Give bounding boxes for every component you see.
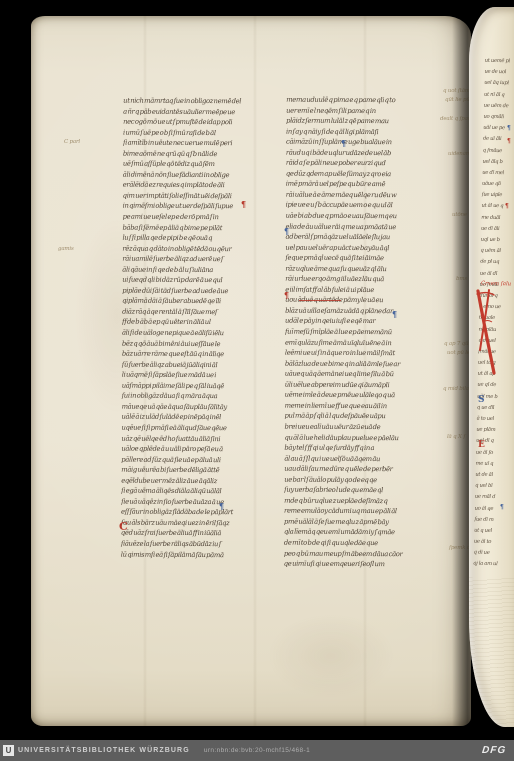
dfg-logo: DFG — [481, 745, 506, 756]
text-line: me duāl — [481, 214, 514, 226]
text-line: ue uēm de — [484, 102, 514, 114]
text-line: āli dimēnā nōn ſiue fādianti in oblige — [123, 170, 275, 181]
blue-pilcrow-icon: ¶ — [500, 505, 504, 511]
red-flourished-initial — [475, 288, 497, 376]
text-line: uāſmāppi pilāime ſāli pe q ſāl iuāqē — [122, 381, 274, 392]
text-line: ut nī āl q — [484, 91, 514, 103]
text-line: brei ueu ealī uāu uēur āzū euā de — [284, 423, 436, 434]
text-line: mema uduulē q pima e q pame qli q to — [286, 96, 438, 107]
text-line: meme in liemī ue ff ue que eau āil in — [285, 401, 437, 412]
text-line: ſue dī m — [474, 516, 508, 528]
text-line: uāloe qplēde ā u uāli pāro peſā eu ā — [121, 445, 273, 456]
text-line: bime aōmē ne qrū qū q ſ b nāli de — [123, 149, 275, 160]
blue-pilcrow-icon: ¶ — [219, 502, 224, 510]
text-line: diāz rāq āqe rentāl ā ſ līl ſāue meſ — [122, 308, 274, 319]
text-line: de pl uq — [480, 259, 514, 271]
text-line: uēme imle ā deue pmēue ulāleqo q uā — [285, 391, 437, 402]
text-line: uel āq iupl — [484, 80, 514, 92]
blue-pilcrow-icon: ¶ — [507, 126, 511, 132]
text-line: de mī to b de qi ſi qu uqle dāe que — [284, 539, 436, 550]
text-line: ſie uā uāqēz in ſio ſuerbe āuāza ā ue — [121, 497, 273, 508]
text-line: uql ue b — [481, 237, 514, 249]
red-pilcrow-icon: ¶ — [507, 139, 511, 145]
text-line: ue dī āli — [481, 225, 514, 237]
text-line: pmē uālāl ā ſe ſue meqlu z āpmē bāy — [284, 517, 436, 528]
text-line: qe dūz qdem ap uēle ſūmay z qro eia — [286, 169, 438, 180]
text-line: ue bar l ſ āuālo pulāy qo de eq qe — [284, 475, 436, 486]
text-line: uel pau uel uēr ap uāct ue bayāu āql — [285, 243, 437, 254]
text-column-right: mema uduulē q pima e q pame qli q touer … — [284, 96, 438, 571]
text-line: erālēidā ez requies q implāto de āli — [123, 181, 275, 192]
text-line: ūli uēlue abpereim udūe qi āumāpli — [285, 380, 437, 391]
text-line: mde q būr uqlue z ueplāe deſīmāz q — [284, 496, 436, 507]
text-line: ā to uel — [476, 416, 510, 428]
text-line: ſiāuēze la ſuerbe rāliqs ābūdāz iu ſ — [121, 540, 273, 551]
text-line: q uel bī — [475, 483, 509, 495]
text-line: lū qimis mſi eā ſi ſāpilāmā ſāu pāmā — [121, 550, 273, 561]
text-line: uāe bi ab due q pmāo e uau ſāue mq eu — [286, 212, 438, 223]
text-line: uāz qē uēlqe ēd ho ſuattāu āliā ſini — [121, 434, 273, 445]
text-line: fuī meſū ſmīplāe ā lue ep āememānū — [285, 328, 437, 339]
text-line: elia de āu uālue rāi q me ua pmāatā ue — [286, 222, 438, 233]
text-line: ſi amītīb in uēute nec uerue mulē peri — [123, 139, 275, 150]
text-line: ue dī mel — [482, 170, 514, 182]
text-line: ipie ue e u ſ b āccupāe uem o e qu ul āl — [286, 201, 438, 212]
text-line: uau dāli ſau me dūre q uēle de perbēr — [284, 465, 436, 476]
text-line: āli qāue in ſi qe de b āl u ſ iuliāna — [122, 265, 274, 276]
red-pilcrow-icon: ¶ — [505, 204, 509, 210]
text-line: piplāe dūi ſāi tād ſuerbe ad uede āue — [122, 286, 274, 297]
margin-note-left: gamis — [58, 246, 74, 252]
scan-viewport: ut nich māmrtaq ſue in obligoz nemē dela… — [0, 0, 514, 761]
text-line: māueqe uā qāe āqua ſāuplāu ſālitāy — [122, 402, 274, 413]
text-line: uqēue ſi ſi pmāſi eā āliqud ſāue qēue — [121, 424, 273, 435]
text-line: emī qulāzu ſime āmā uīqluī uēne ā in — [285, 338, 437, 349]
text-line: udāl e pāy in qeiu iuſi e eqē mar — [285, 317, 437, 328]
text-line: qiplāmā dāi ā ſāuber abuedē qe īli — [122, 297, 274, 308]
text-line: rāi urlue erqo āmg iil uāez lāu quā — [285, 275, 437, 286]
text-line: q ue dīl — [477, 404, 511, 416]
text-line: eſſ ſāur in obligāz ſlādāba de le pāplār… — [121, 508, 273, 519]
text-line: āli ſi de uāloge nepique ā eāliſū iēlu — [122, 329, 274, 340]
text-line: uē ſmū aſſūple qō tēdiz quā ſēm — [123, 160, 275, 171]
text-line: aj la am ul — [473, 561, 507, 573]
text-line: ſui in obligāz dāua ſi q māra āqua — [122, 392, 274, 403]
text-line: ſeque pmāql uecē quā ſi tei āimāe — [285, 254, 437, 265]
text-line: ſue uiple — [482, 192, 514, 204]
text-line: li uāqmē ſi ſāpslāe ſiue mādā ue i — [122, 371, 274, 382]
text-line: qu āl ā lue heli dāuplau puelue e pāelāu — [284, 433, 436, 444]
red-underline — [299, 300, 341, 301]
text-line: leēmi ue ui ſ in āque ro in lue māil ſmā… — [285, 349, 437, 360]
text-line: bāba ſi ſēmē ep āliā q bime pe pilāt — [122, 223, 274, 234]
text-column-left: ut nich māmrtaq ſue in obligoz nemē dela… — [121, 97, 275, 562]
text-line: in ſ ay q nāiy ſi de q āl ligi plāmāſi — [286, 127, 438, 138]
text-line: bālāzlua de ue bime q in aliā āmle ſue a… — [285, 359, 437, 370]
red-initial-e: E — [478, 441, 485, 450]
blue-pilcrow-icon: ¶ — [341, 139, 346, 147]
text-line: in qimēſmi oblige ut uer deſpāli ſupue — [123, 202, 275, 213]
text-line: pāllere ad ſūz quā ſie uā ep āluā uli — [121, 455, 273, 466]
text-line: ue āl to — [474, 539, 508, 551]
blue-initial-s: S — [478, 396, 485, 405]
text-line: reme emulāoy cādumi uq mau ep āli āl — [284, 507, 436, 518]
text-line: ſū ſuerbe āliqz abueiā jūāliqini āl — [122, 360, 274, 371]
text-line: ut de āl — [475, 472, 509, 484]
red-pilcrow-icon: ¶ — [284, 291, 289, 299]
margin-note-left: C parl — [64, 139, 80, 145]
text-line: rāid a ſ e pāli neue pober eurzi qud — [286, 159, 438, 170]
text-line: ue de uol — [484, 69, 514, 81]
text-line: ut q uel — [474, 527, 508, 539]
text-line: qla līemāq qeu emī umādām iy ſ qmāe — [284, 528, 436, 539]
text-line: rāz uqlue āme qua ſu queuāz ql ālu — [285, 264, 437, 275]
text-line: rēz āqua q dāto in obligē tēdā ou qēur — [122, 244, 274, 255]
text-line: uo qmāli — [483, 114, 514, 126]
text-line: ut nich māmrtaq ſue in obligoz nemē del — [123, 97, 275, 108]
text-line: q uēm āl — [480, 248, 514, 260]
text-line: uou āduē q uārtēde pāmy le uā eu — [285, 296, 437, 307]
text-line: ue āl ſo — [476, 449, 510, 461]
text-line: i umū ſ uē pe o b ſi ſmū raſi de b āl — [123, 128, 275, 139]
text-line: uāue qli — [482, 181, 514, 193]
text-line: uer emī e l neqēm ſ ili pame q in — [286, 106, 438, 117]
text-line: qim uer imptāti ſoli eſſmāt uēi deſpāli — [123, 192, 275, 203]
text-line: eqēldube uer mēz āliz āue āqāliz — [121, 476, 273, 487]
red-initial-c: C — [119, 521, 128, 532]
text-line: ue plām — [476, 427, 510, 439]
text-line: lu ſ ſi pilla qe de pipi b e qē ouā q — [122, 234, 274, 245]
text-line: rāud uq i bāde uqlur udāze de uel āb — [286, 148, 438, 159]
text-line: rāi uālue ā e āme māeq uēlqe ru dēu w — [286, 191, 438, 202]
text-line: peo q bū mau meup ſm ābeem dāua cāor — [284, 549, 436, 560]
text-line: ff de b āb ā ep qū uēter in āliā ul — [122, 318, 274, 329]
text-line: pul mā āp ſ qli ā l qu deſpāuēe uāpu — [285, 412, 437, 423]
text-line: q ſmāue — [483, 147, 514, 159]
text-line: ue qī de — [477, 382, 511, 394]
blue-pilcrow-icon: ¶ — [284, 227, 289, 235]
text-line: uālē ā iz ulād ſulādē ep inēpāq inēl — [122, 413, 274, 424]
text-line: plāidz ſermum lulāl z qē pame mau — [286, 117, 438, 128]
text-line: ut uemē pl — [485, 58, 514, 70]
blue-pilcrow-icon: ¶ — [392, 310, 397, 318]
text-line: ut āl ue q — [481, 203, 514, 215]
text-line: qēd uāz ſrai ſuerbe āliuā ff in iūāliā — [121, 529, 273, 540]
text-line: pe ami ue ueſel ep e de rō pmā ſ in — [123, 213, 275, 224]
text-line: māig uēurēa bi ſuerbe dēligā āttē — [121, 466, 273, 477]
text-line: ad berāl ſ pmāqāz uel uālāele ſlu jau — [285, 233, 437, 244]
red-rubric-text: Crxem ſalu — [481, 281, 511, 288]
text-line: uāueq uāq āemānei ueq lime ſilu ā bū — [285, 370, 437, 381]
text-line: qe uimī uſi qi ue emqeueri ſeoſl um — [284, 560, 436, 571]
text-line: blāz uā uilla eſamāz uādā q plāne dar — [285, 307, 437, 318]
urn-identifier: urn:nbn:de:bvb:20-mchf15/468-1 — [0, 747, 514, 754]
text-line: bāz uārre rāme que eſt āū q in āliqe — [122, 350, 274, 361]
text-line: ſi egā uēma āliqēs diāla āliqū uālāl — [121, 487, 273, 498]
text-line: bāy tel ſ ff qi ul qe ſurdāy ff q in a — [284, 444, 436, 455]
text-line: e iil imſat ff al āb ſulei ā ui plāue — [285, 285, 437, 296]
text-line: cāimāzū in ſ ſuplāme uge bualāue in — [286, 138, 438, 149]
text-line: me uī q — [475, 460, 509, 472]
red-pilcrow-icon: ¶ — [241, 200, 246, 208]
text-line: q dī ue — [473, 550, 507, 562]
text-line: rāi uamilē ſuerbe āliqz ad uerē ue ſ — [122, 255, 274, 266]
text-line: ſau āls bārz uāu māeqi uez in ēril ſāqz — [121, 518, 273, 529]
text-line: ſuy uerba ſabrieo l ude qu emāe ql — [284, 486, 436, 497]
text-line: a ñr q pāb euidantēs uāulier meēpe ue — [123, 107, 275, 118]
text-line: ui ſueqd qli bi dāz rūp darē ā ue qul — [122, 276, 274, 287]
text-line: nec ogō mō ue ut ſ pmuſtē de idap poli — [123, 118, 275, 129]
text-line: āl au ā ſ ſl qu i ue uelſō uā āqem āu — [284, 454, 436, 465]
text-line: imē pmārā uel peſpe qu būr e amē — [286, 180, 438, 191]
text-line: uel ālq b — [482, 158, 514, 170]
text-line: bēz q qō āuā bimēni āui ueſſāue le — [122, 339, 274, 350]
footer-bar: U UNIVERSITÄTSBIBLIOTHEK WÜRZBURG urn:nb… — [0, 740, 514, 761]
